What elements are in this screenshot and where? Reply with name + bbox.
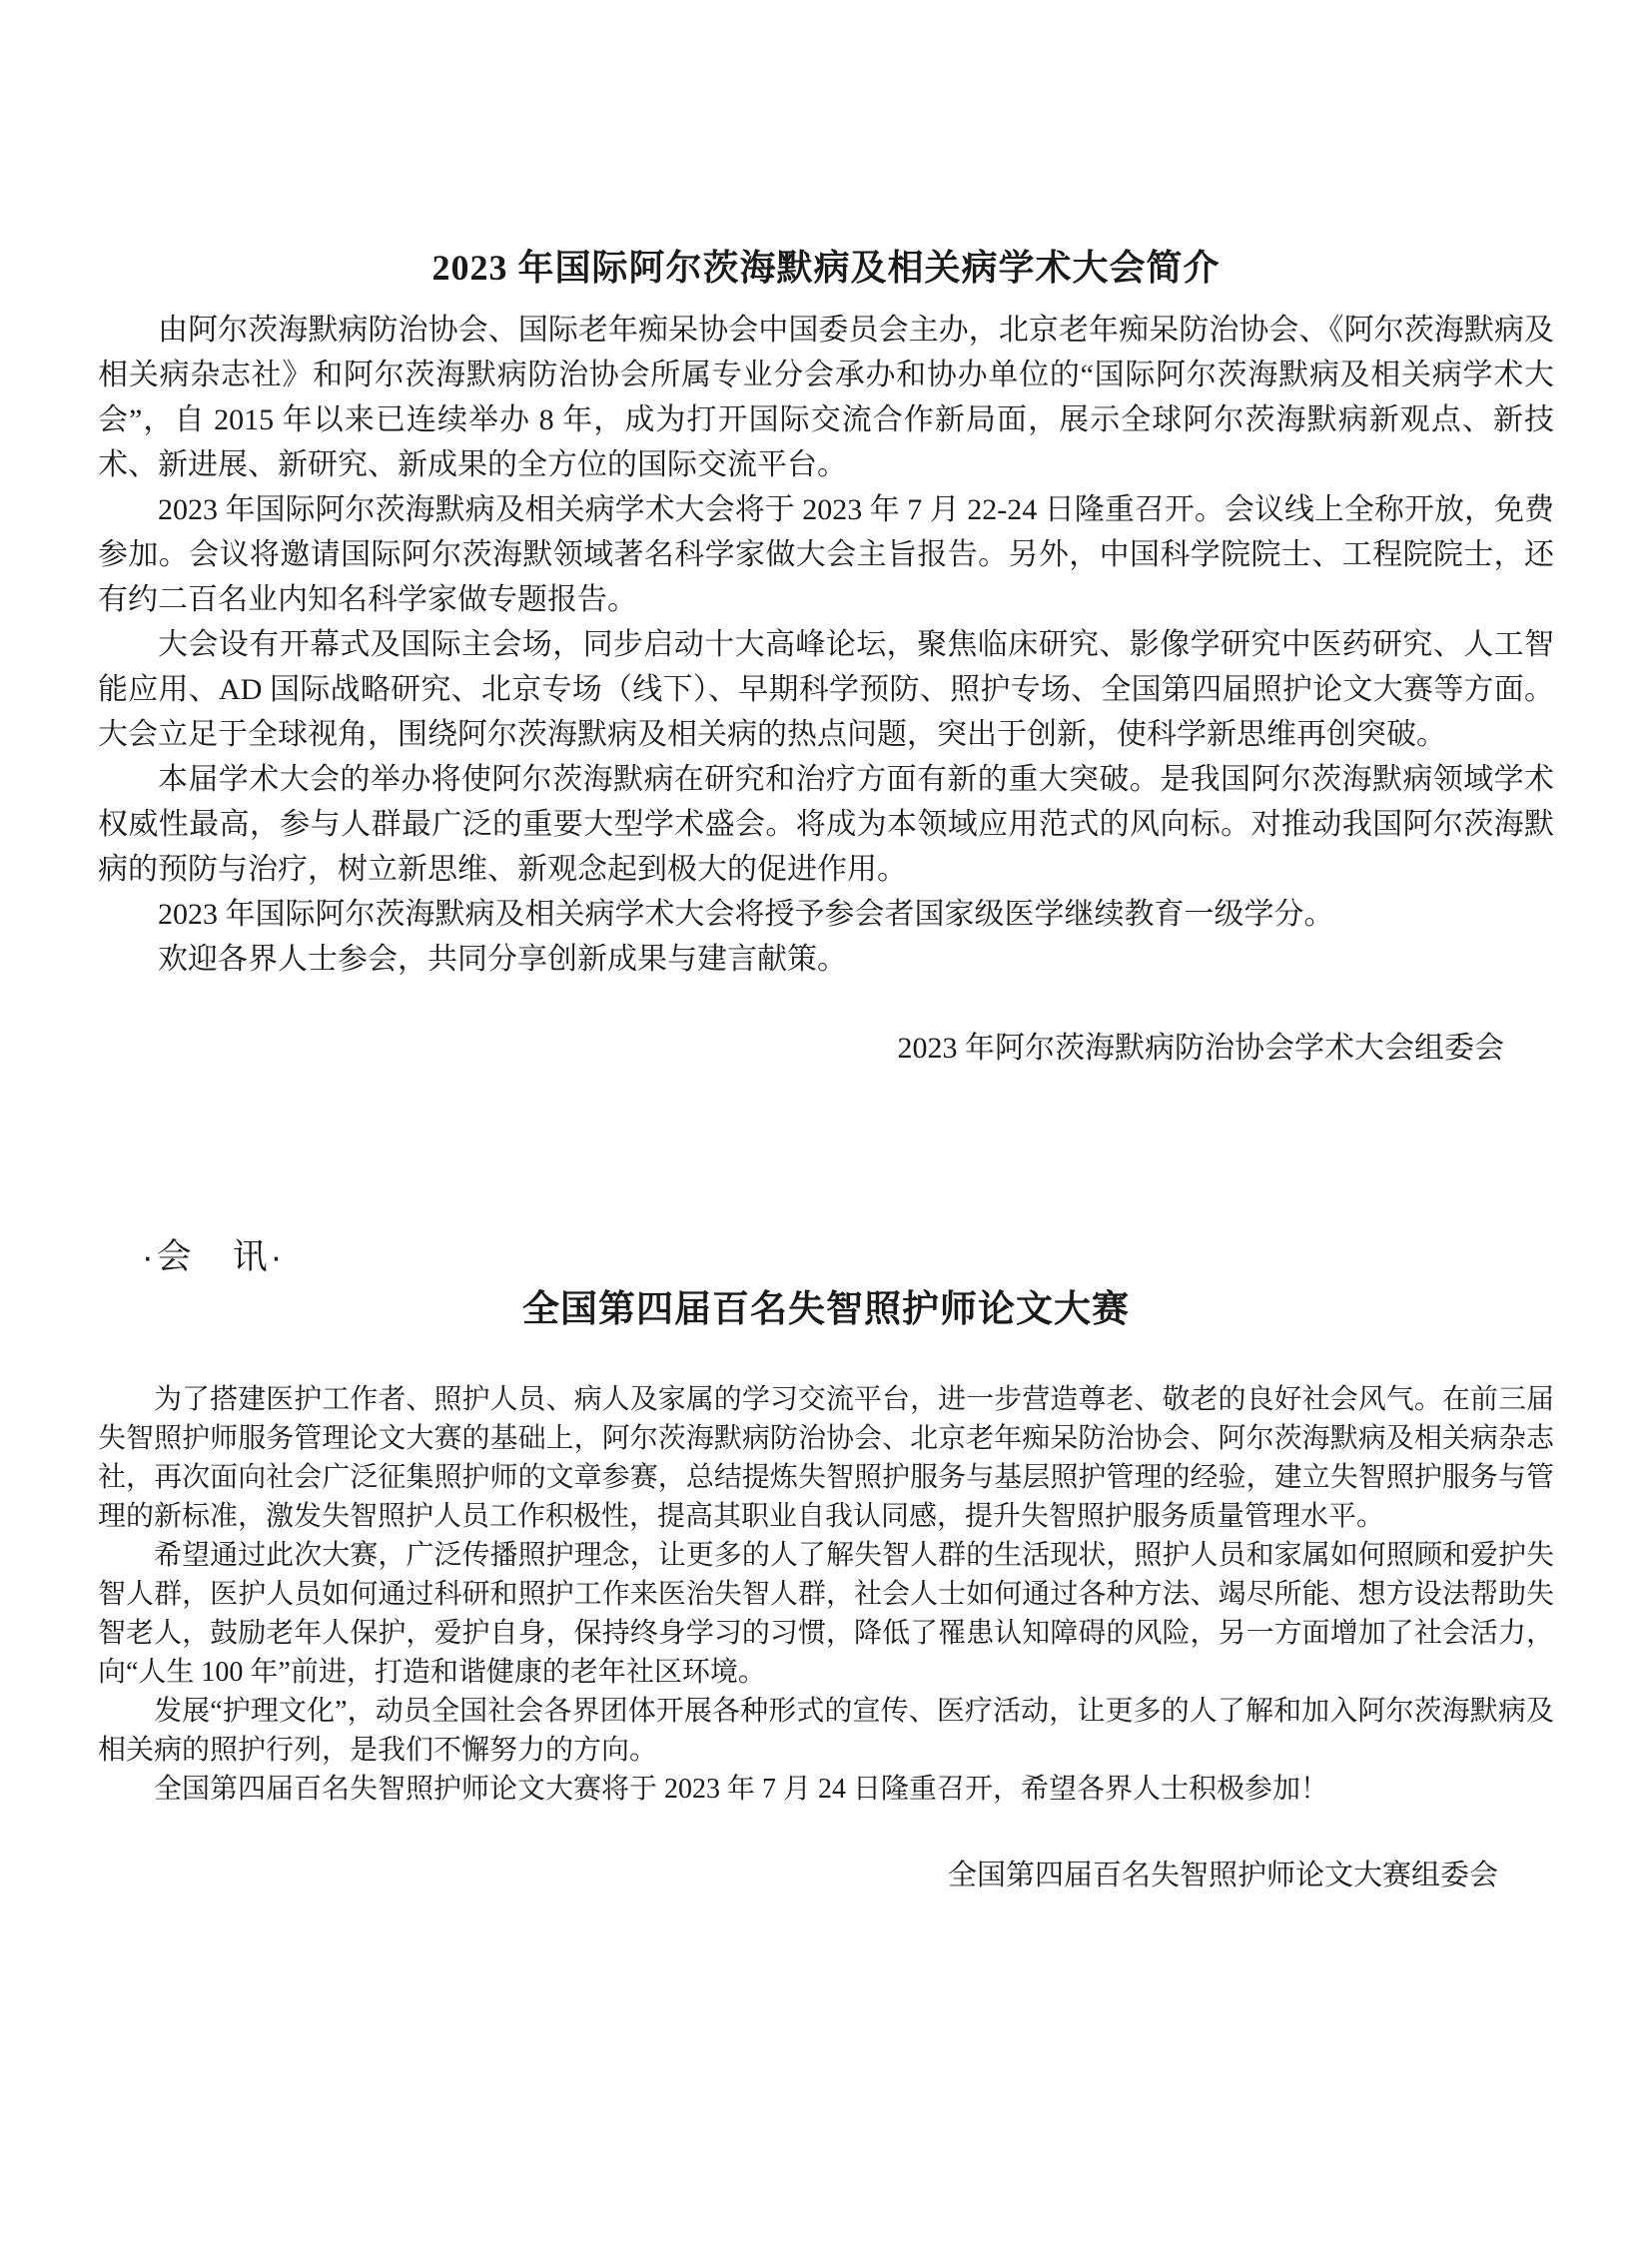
intro-title: 2023 年国际阿尔茨海默病及相关病学术大会简介 — [98, 246, 1554, 290]
paragraph: 2023 年国际阿尔茨海默病及相关病学术大会将于 2023 年 7 月 22-2… — [98, 487, 1554, 622]
paragraph: 由阿尔茨海默病防治协会、国际老年痴呆协会中国委员会主办，北京老年痴呆防治协会、《… — [98, 308, 1554, 487]
paragraph: 为了搭建医护工作者、照护人员、病人及家属的学习交流平台，进一步营造尊老、敬老的良… — [98, 1380, 1554, 1536]
page-content: 2023 年国际阿尔茨海默病及相关病学术大会简介 由阿尔茨海默病防治协会、国际老… — [98, 246, 1554, 1896]
notice-title: 全国第四届百名失智照护师论文大赛 — [98, 1286, 1554, 1332]
intro-paragraphs: 由阿尔茨海默病防治协会、国际老年痴呆协会中国委员会主办，北京老年痴呆防治协会、《… — [98, 308, 1554, 982]
paragraph: 发展“护理文化”，动员全国社会各界团体开展各种形式的宣传、医疗活动，让更多的人了… — [98, 1692, 1554, 1770]
notice-section-marker: ·会 讯· — [98, 1236, 1554, 1278]
paragraph: 大会设有开幕式及国际主会场，同步启动十大高峰论坛，聚焦临床研究、影像学研究中医药… — [98, 622, 1554, 757]
paragraph: 本届学术大会的举办将使阿尔茨海默病在研究和治疗方面有新的重大突破。是我国阿尔茨海… — [98, 757, 1554, 892]
paragraph: 欢迎各界人士参会，共同分享创新成果与建言献策。 — [98, 937, 1554, 982]
paragraph: 希望通过此次大赛，广泛传播照护理念，让更多的人了解失智人群的生活现状，照护人员和… — [98, 1536, 1554, 1692]
notice-paragraphs: 为了搭建医护工作者、照护人员、病人及家属的学习交流平台，进一步营造尊老、敬老的良… — [98, 1380, 1554, 1809]
intro-signature: 2023 年阿尔茨海默病防治协会学术大会组委会 — [98, 1026, 1554, 1071]
document-page: 2023 年国际阿尔茨海默病及相关病学术大会简介 由阿尔茨海默病防治协会、国际老… — [0, 0, 1652, 2241]
paragraph: 2023 年国际阿尔茨海默病及相关病学术大会将授予参会者国家级医学继续教育一级学… — [98, 892, 1554, 937]
notice-signature: 全国第四届百名失智照护师论文大赛组委会 — [98, 1855, 1554, 1896]
paragraph: 全国第四届百名失智照护师论文大赛将于 2023 年 7 月 24 日隆重召开，希… — [98, 1770, 1554, 1809]
